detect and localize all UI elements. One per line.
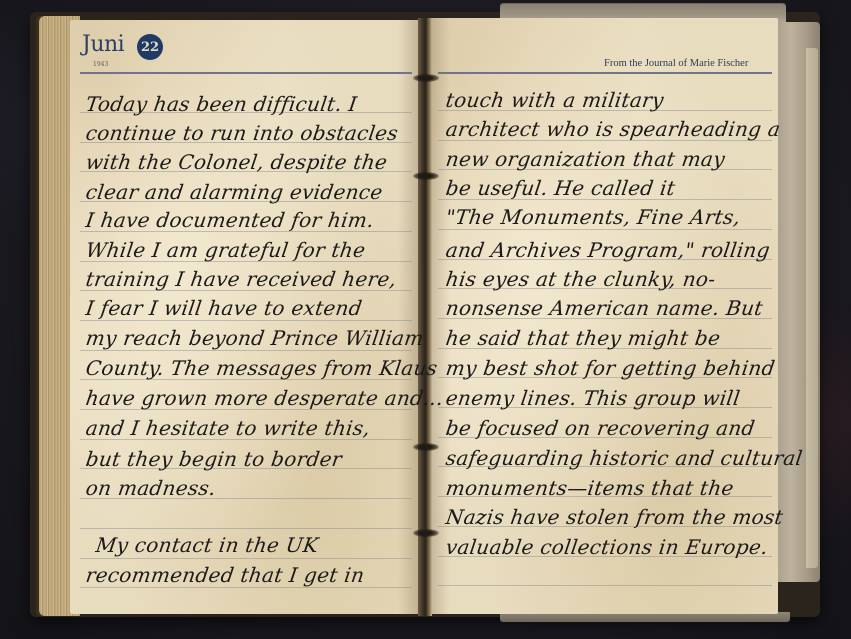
- journal-spine: [418, 18, 432, 616]
- handwritten-line: and I hesitate to write this,: [84, 416, 372, 440]
- day-badge: 22: [137, 34, 163, 60]
- handwritten-line: on madness.: [84, 476, 217, 500]
- handwritten-line: my best shot for getting behind: [444, 356, 776, 380]
- handwritten-line: recommended that I get in: [84, 563, 366, 587]
- header-rule: [80, 72, 412, 74]
- handwritten-line: "The Monuments, Fine Arts,: [444, 205, 742, 229]
- binding-stitch-icon: [413, 443, 439, 451]
- handwritten-line: valuable collections in Europe.: [444, 535, 769, 559]
- handwritten-line: but they begin to border: [84, 447, 343, 471]
- handwritten-line: Nazis have stolen from the most: [444, 505, 785, 529]
- handwritten-line: have grown more desperate and...: [84, 386, 445, 410]
- ruled-line: [80, 587, 412, 588]
- loose-sheet-right-edge-inner: [806, 48, 818, 568]
- binding-stitch-icon: [413, 529, 439, 537]
- journal-credit: From the Journal of Marie Fischer: [604, 58, 748, 69]
- handwritten-line: new organization that may: [444, 147, 726, 171]
- handwritten-line: enemy lines. This group will: [444, 386, 741, 410]
- handwritten-line: and Archives Program," rolling: [444, 238, 771, 262]
- handwritten-line: While I am grateful for the: [84, 238, 367, 262]
- ruled-line: [80, 558, 412, 559]
- handwritten-line: my reach beyond Prince William: [84, 326, 425, 350]
- handwritten-line: continue to run into obstacles: [84, 121, 399, 145]
- handwritten-line: he said that they might be: [444, 326, 722, 350]
- handwritten-line: Today has been difficult. I: [84, 92, 358, 116]
- year-label: 1943: [93, 61, 108, 68]
- ruled-line: [80, 320, 412, 321]
- handwritten-line: be focused on recovering and: [444, 416, 756, 440]
- handwritten-line: County. The messages from Klaus: [84, 356, 439, 380]
- month-label: Juni: [82, 32, 124, 57]
- ruled-line: [438, 585, 772, 586]
- handwritten-line: I fear I will have to extend: [84, 296, 363, 320]
- header-rule: [438, 72, 772, 74]
- handwritten-line: safeguarding historic and cultural: [444, 446, 804, 470]
- handwritten-line: be useful. He called it: [444, 176, 677, 200]
- handwritten-line: touch with a military: [444, 88, 665, 112]
- handwritten-line: architect who is spearheading a: [444, 117, 782, 141]
- handwritten-line: his eyes at the clunky, no-: [444, 267, 717, 291]
- handwritten-line: monuments—items that the: [444, 476, 735, 500]
- handwritten-line: training I have received here,: [84, 267, 398, 291]
- handwritten-line: nonsense American name. But: [444, 296, 764, 320]
- binding-stitch-icon: [413, 172, 439, 180]
- handwritten-line: My contact in the UK: [94, 533, 320, 557]
- ruled-line: [80, 528, 412, 529]
- binding-stitch-icon: [413, 74, 439, 82]
- handwritten-line: with the Colonel, despite the: [84, 150, 389, 174]
- handwritten-line: I have documented for him.: [84, 208, 375, 232]
- handwritten-line: clear and alarming evidence: [84, 180, 384, 204]
